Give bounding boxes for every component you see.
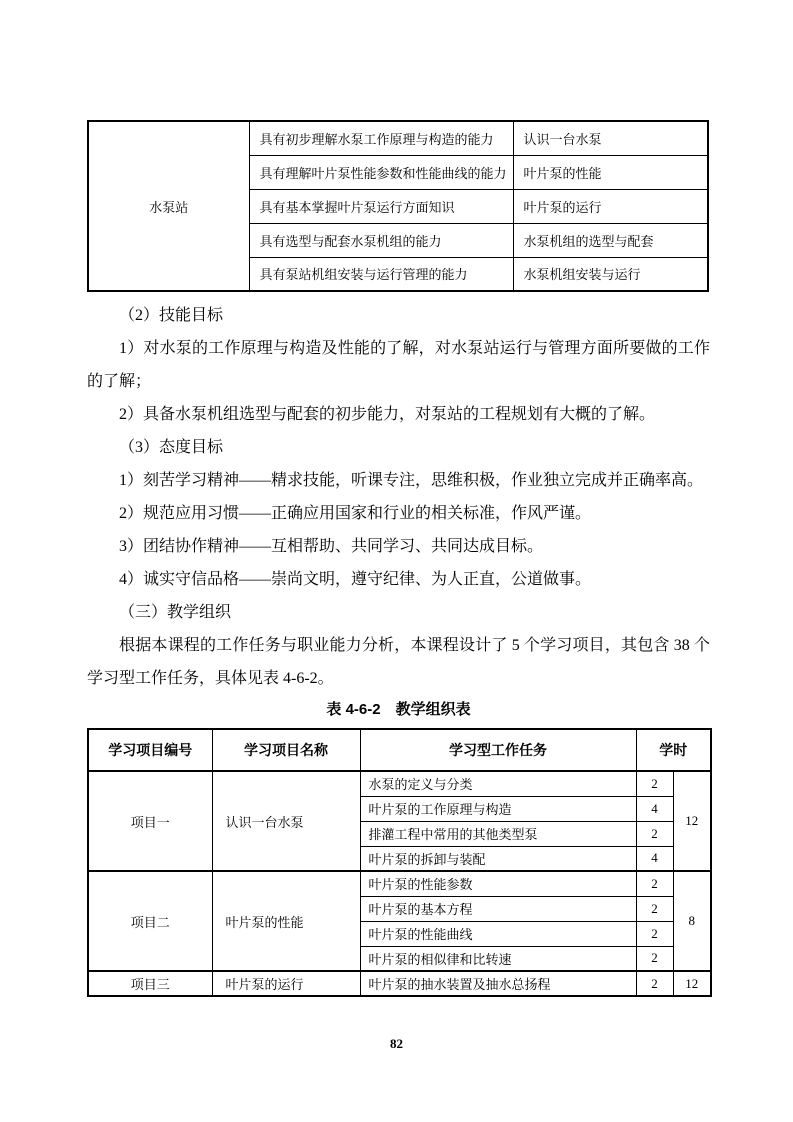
task-cell: 水泵机组安装与运行 [513,257,708,291]
paragraph: 2）规范应用习惯——正确应用国家和行业的相关标准，作风严谨。 [87,497,710,530]
task-hours-cell: 2 [636,896,673,921]
task-cell: 叶片泵的性能参数 [360,871,636,896]
ability-cell: 具有选型与配套水泵机组的能力 [249,223,513,257]
task-hours-cell: 2 [636,821,673,846]
task-hours-cell: 4 [636,796,673,821]
paragraph: 根据本课程的工作任务与职业能力分析，本课程设计了 5 个学习项目，其包含 38 … [87,629,710,695]
ability-cell: 具有初步理解水泵工作原理与构造的能力 [249,121,513,155]
table-row: 项目一 认识一台水泵 水泵的定义与分类 2 12 [88,771,711,796]
content-area: 水泵站 具有初步理解水泵工作原理与构造的能力 认识一台水泵 具有理解叶片泵性能参… [87,120,710,997]
paragraph: （3）态度目标 [87,431,710,464]
table-caption: 表 4-6-2 教学组织表 [87,698,710,719]
task-cell: 叶片泵的基本方程 [360,896,636,921]
paragraph: 3）团结协作精神——互相帮助、共同学习、共同达成目标。 [87,530,710,563]
task-hours-cell: 2 [636,871,673,896]
paragraph: 4）诚实守信品格——崇尚文明，遵守纪律、为人正直，公道做事。 [87,563,710,596]
task-cell: 叶片泵的工作原理与构造 [360,796,636,821]
paragraph: （三）教学组织 [87,596,710,629]
header-hours: 学时 [636,729,711,771]
ability-cell: 具有理解叶片泵性能参数和性能曲线的能力 [249,155,513,189]
task-cell: 叶片泵的拆卸与装配 [360,846,636,871]
project-total-hours-cell: 8 [673,871,711,971]
task-hours-cell: 2 [636,771,673,796]
task-cell: 叶片泵的性能 [513,155,708,189]
project-id-cell: 项目一 [88,771,212,871]
task-cell: 叶片泵的抽水装置及抽水总扬程 [360,971,636,996]
project-name-cell: 认识一台水泵 [212,771,360,871]
project-total-hours-cell: 12 [673,771,711,871]
knowledge-ability-table: 水泵站 具有初步理解水泵工作原理与构造的能力 认识一台水泵 具有理解叶片泵性能参… [87,120,709,292]
page-number: 82 [0,1036,793,1052]
teaching-organization-table: 学习项目编号 学习项目名称 学习型工作任务 学时 项目一 认识一台水泵 水泵的定… [87,728,712,997]
project-id-cell: 项目三 [88,971,212,996]
paragraph: 1）刻苦学习精神——精求技能，听课专注，思维积极，作业独立完成并正确率高。 [87,464,710,497]
task-cell: 水泵机组的选型与配套 [513,223,708,257]
header-work-task: 学习型工作任务 [360,729,636,771]
ability-cell: 具有基本掌握叶片泵运行方面知识 [249,189,513,223]
task-hours-cell: 2 [636,921,673,946]
task-cell: 排灌工程中常用的其他类型泵 [360,821,636,846]
task-cell: 认识一台水泵 [513,121,708,155]
table-row: 项目三 叶片泵的运行 叶片泵的抽水装置及抽水总扬程 2 12 [88,971,711,996]
project-id-cell: 项目二 [88,871,212,971]
task-hours-cell: 4 [636,846,673,871]
task-hours-cell: 2 [636,946,673,971]
ability-cell: 具有泵站机组安装与运行管理的能力 [249,257,513,291]
header-row: 学习项目编号 学习项目名称 学习型工作任务 学时 [88,729,711,771]
table-row: 项目二 叶片泵的性能 叶片泵的性能参数 2 8 [88,871,711,896]
table-row: 水泵站 具有初步理解水泵工作原理与构造的能力 认识一台水泵 [88,121,708,155]
document-page: 水泵站 具有初步理解水泵工作原理与构造的能力 认识一台水泵 具有理解叶片泵性能参… [0,0,793,1122]
task-cell: 叶片泵的运行 [513,189,708,223]
project-name-cell: 叶片泵的运行 [212,971,360,996]
project-total-hours-cell: 12 [673,971,711,996]
project-name-cell: 叶片泵的性能 [212,871,360,971]
header-project-id: 学习项目编号 [88,729,212,771]
body-text: （2）技能目标 1）对水泵的工作原理与构造及性能的了解，对水泵站运行与管理方面所… [87,299,710,695]
header-project-name: 学习项目名称 [212,729,360,771]
station-cell: 水泵站 [88,121,249,291]
paragraph: 2）具备水泵机组选型与配套的初步能力，对泵站的工程规划有大概的了解。 [87,398,710,431]
paragraph: 1）对水泵的工作原理与构造及性能的了解，对水泵站运行与管理方面所要做的工作的了解… [87,332,710,398]
paragraph: （2）技能目标 [87,299,710,332]
task-hours-cell: 2 [636,971,673,996]
task-cell: 叶片泵的相似律和比转速 [360,946,636,971]
task-cell: 叶片泵的性能曲线 [360,921,636,946]
task-cell: 水泵的定义与分类 [360,771,636,796]
